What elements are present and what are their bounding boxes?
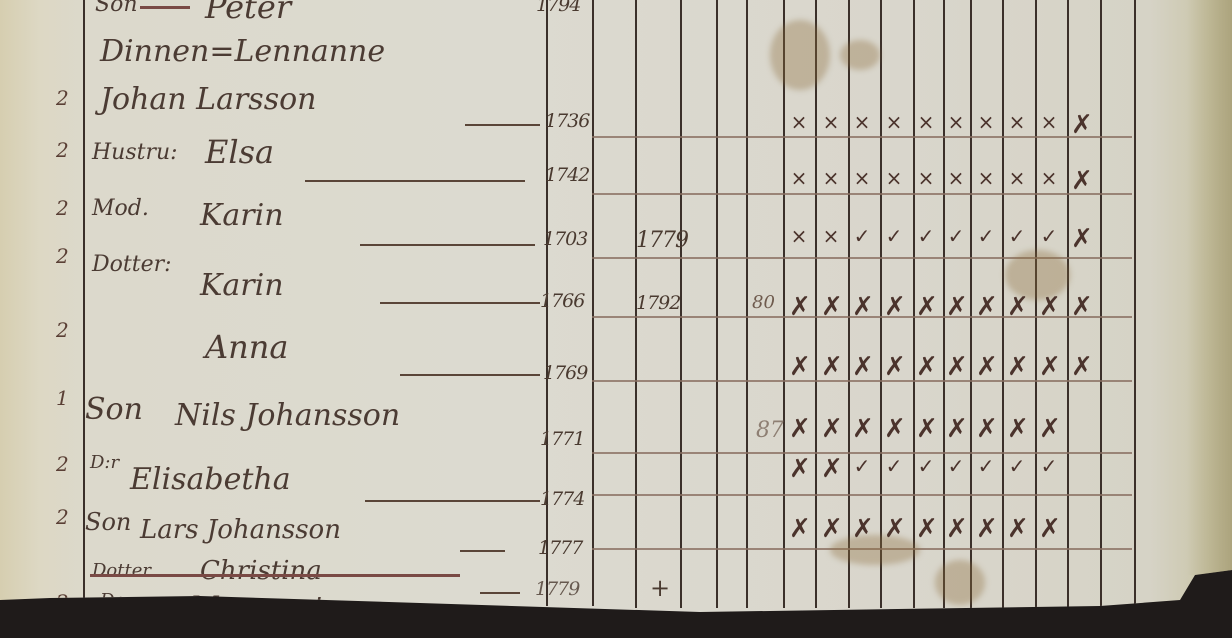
exam-mark: × (1007, 110, 1027, 134)
exam-mark: × (884, 110, 904, 134)
exam-mark: × (789, 110, 809, 134)
ruling-year-right (592, 0, 594, 606)
entry-10-col3: + (650, 574, 669, 602)
entry-4-name: Karin (200, 198, 284, 233)
entry-0-relation: Son (95, 0, 138, 17)
exam-mark: ✗ (1071, 352, 1091, 382)
exam-mark: ✗ (1071, 224, 1091, 254)
row-line-2 (592, 193, 1132, 195)
exam-mark: × (789, 224, 809, 248)
entry-3-tally: 2 (56, 138, 69, 162)
exam-mark: × (852, 166, 872, 190)
exam-mark: × (946, 166, 966, 190)
entry-10-relation: Dotter (92, 560, 151, 581)
exam-mark: ✗ (1071, 110, 1091, 140)
ruling-col5a (716, 0, 718, 608)
ruling-marks-6 (970, 0, 972, 608)
exam-mark: ✗ (1071, 166, 1091, 196)
entry-5-tally: 2 (56, 244, 69, 268)
exam-mark: × (789, 166, 809, 190)
exam-mark: ✗ (789, 414, 809, 444)
exam-mark: × (821, 110, 841, 134)
entry-4-dash (360, 244, 535, 246)
exam-mark: ✓ (1007, 454, 1027, 478)
entry-9-name: Lars Johansson (140, 515, 341, 545)
entry-5-year: 1766 (540, 290, 584, 312)
entry-0-year: 1794 (536, 0, 580, 16)
entry-6-year: 1769 (543, 362, 587, 384)
ruling-marks-4 (913, 0, 915, 608)
entry-2-dash (465, 124, 540, 126)
exam-mark: ✓ (1039, 454, 1059, 478)
exam-mark: ✗ (884, 292, 904, 322)
entry-11-name: Margareta (190, 590, 341, 623)
exam-mark: ✗ (976, 514, 996, 544)
entry-2-year: 1736 (545, 110, 589, 132)
exam-mark: ✗ (789, 454, 809, 484)
exam-mark: ✗ (976, 352, 996, 382)
exam-mark: ✗ (884, 514, 904, 544)
exam-mark: ✗ (976, 414, 996, 444)
stain-top-2 (840, 40, 880, 70)
ruling-marks-5 (943, 0, 945, 608)
exam-mark: ✗ (1039, 514, 1059, 544)
entry-5-age: 80 (752, 292, 775, 313)
entry-8-tally: 2 (56, 452, 69, 476)
entry-4-tally: 2 (56, 196, 69, 220)
entry-10-strike (90, 574, 460, 577)
exam-mark: ✗ (884, 414, 904, 444)
ruling-marks-10 (1100, 0, 1102, 606)
entry-10-year: 1779 (535, 578, 579, 600)
exam-mark: × (884, 166, 904, 190)
entry-7-name: Nils Johansson (175, 398, 400, 433)
entry-0-name: Peter (205, 0, 291, 26)
stain-bottom-2 (935, 560, 985, 605)
ledger-page: Son Peter 1794 Dinnen=Lennanne 2 Johan L… (0, 0, 1232, 638)
exam-mark: ✗ (789, 292, 809, 322)
exam-mark: ✗ (789, 352, 809, 382)
ruling-marks-8 (1035, 0, 1037, 608)
exam-mark: ✓ (916, 224, 936, 248)
exam-mark: ✗ (1039, 292, 1059, 322)
exam-mark: ✓ (852, 224, 872, 248)
entry-7-relation: Son (85, 392, 143, 427)
entry-8-year: 1774 (540, 488, 584, 510)
entry-3-dash (305, 180, 525, 182)
exam-mark: ✓ (1039, 224, 1059, 248)
exam-mark: ✗ (946, 292, 966, 322)
entry-6-dash (400, 374, 540, 376)
entry-4-year: 1703 (543, 228, 587, 250)
exam-mark: × (852, 110, 872, 134)
exam-mark: ✗ (946, 352, 966, 382)
ruling-marks-3 (880, 0, 882, 608)
exam-mark: ✓ (884, 454, 904, 478)
exam-mark: ✗ (946, 514, 966, 544)
exam-mark: × (946, 110, 966, 134)
exam-mark: ✗ (852, 292, 872, 322)
entry-8-name: Elisabetha (130, 462, 291, 497)
exam-mark: × (821, 224, 841, 248)
exam-mark: ✓ (1007, 224, 1027, 248)
exam-mark: × (976, 110, 996, 134)
exam-mark: ✗ (821, 454, 841, 484)
ruling-marks-9 (1067, 0, 1069, 608)
exam-mark: ✗ (821, 514, 841, 544)
entry-10-name: Christina (200, 556, 322, 586)
exam-mark: ✓ (852, 454, 872, 478)
exam-mark: ✓ (884, 224, 904, 248)
entry-8-dash (365, 500, 540, 502)
exam-mark: × (1039, 110, 1059, 134)
exam-mark: ✓ (946, 454, 966, 478)
entry-2-name: Johan Larsson (100, 82, 316, 117)
exam-mark: ✗ (976, 292, 996, 322)
entry-4-relation: Mod. (92, 196, 149, 221)
exam-mark: ✓ (976, 454, 996, 478)
exam-mark: ✗ (946, 414, 966, 444)
ruling-marks-1 (815, 0, 817, 608)
entry-7-year: 1771 (540, 428, 584, 450)
exam-mark: ✓ (946, 224, 966, 248)
exam-mark: × (821, 166, 841, 190)
entry-8-relation: D:r (90, 452, 119, 473)
exam-mark: ✗ (916, 292, 936, 322)
exam-mark: ✗ (916, 514, 936, 544)
exam-mark: × (1039, 166, 1059, 190)
exam-mark: ✗ (1039, 352, 1059, 382)
exam-mark: × (1007, 166, 1027, 190)
exam-mark: ✗ (852, 514, 872, 544)
page-curl (1187, 0, 1232, 575)
entry-7-age: 87 (756, 418, 784, 443)
exam-mark: ✗ (884, 352, 904, 382)
exam-mark: ✗ (852, 352, 872, 382)
exam-mark: × (916, 110, 936, 134)
exam-mark: ✗ (852, 414, 872, 444)
entry-9-dash (460, 550, 505, 552)
row-line-7 (592, 494, 1132, 496)
exam-mark: ✗ (1007, 414, 1027, 444)
exam-mark: ✗ (821, 414, 841, 444)
exam-mark: ✓ (916, 454, 936, 478)
entry-5-col3: 1792 (636, 292, 680, 314)
row-line-1 (592, 136, 1132, 138)
stain-bottom (830, 535, 920, 565)
exam-mark: ✗ (1071, 292, 1091, 322)
exam-mark: ✗ (1007, 292, 1027, 322)
entry-2-tally: 2 (56, 86, 69, 110)
ruling-marks-7 (1002, 0, 1004, 608)
exam-mark: ✗ (1007, 352, 1027, 382)
entry-10-dash (480, 592, 520, 594)
entry-9-relation: Son (85, 508, 131, 536)
ruling-col5b (746, 0, 748, 608)
entry-9-tally: 2 (56, 505, 69, 529)
entry-3-name: Elsa (205, 133, 274, 171)
ruling-marks-0 (783, 0, 785, 608)
ruling-marks-2 (848, 0, 850, 608)
entry-6-name: Anna (205, 328, 288, 366)
entry-5-dash (380, 302, 540, 304)
entry-11-relation: Do (100, 590, 125, 611)
exam-mark: ✗ (1039, 414, 1059, 444)
entry-6-tally: 2 (56, 318, 69, 342)
entry-5-relation: Dotter: (92, 252, 172, 277)
exam-mark: ✓ (976, 224, 996, 248)
exam-mark: ✗ (916, 414, 936, 444)
ruling-marks-11 (1134, 0, 1136, 605)
exam-mark: ✗ (1007, 514, 1027, 544)
stain-top (770, 20, 830, 90)
entry-4-col3: 1779 (636, 228, 688, 253)
entry-0-strike (140, 6, 190, 9)
exam-mark: ✗ (916, 352, 936, 382)
entry-11-tally: 2 (56, 590, 69, 614)
entry-5-name: Karin (200, 268, 284, 303)
exam-mark: × (976, 166, 996, 190)
entry-7-tally: 1 (56, 386, 69, 410)
exam-mark: ✗ (821, 352, 841, 382)
exam-mark: ✗ (821, 292, 841, 322)
exam-mark: ✗ (789, 514, 809, 544)
entry-3-relation: Hustru: (92, 140, 178, 165)
entry-9-year: 1777 (538, 537, 582, 559)
exam-mark: × (916, 166, 936, 190)
entry-1-name: Dinnen=Lennanne (100, 34, 385, 69)
entry-3-year: 1742 (545, 164, 589, 186)
